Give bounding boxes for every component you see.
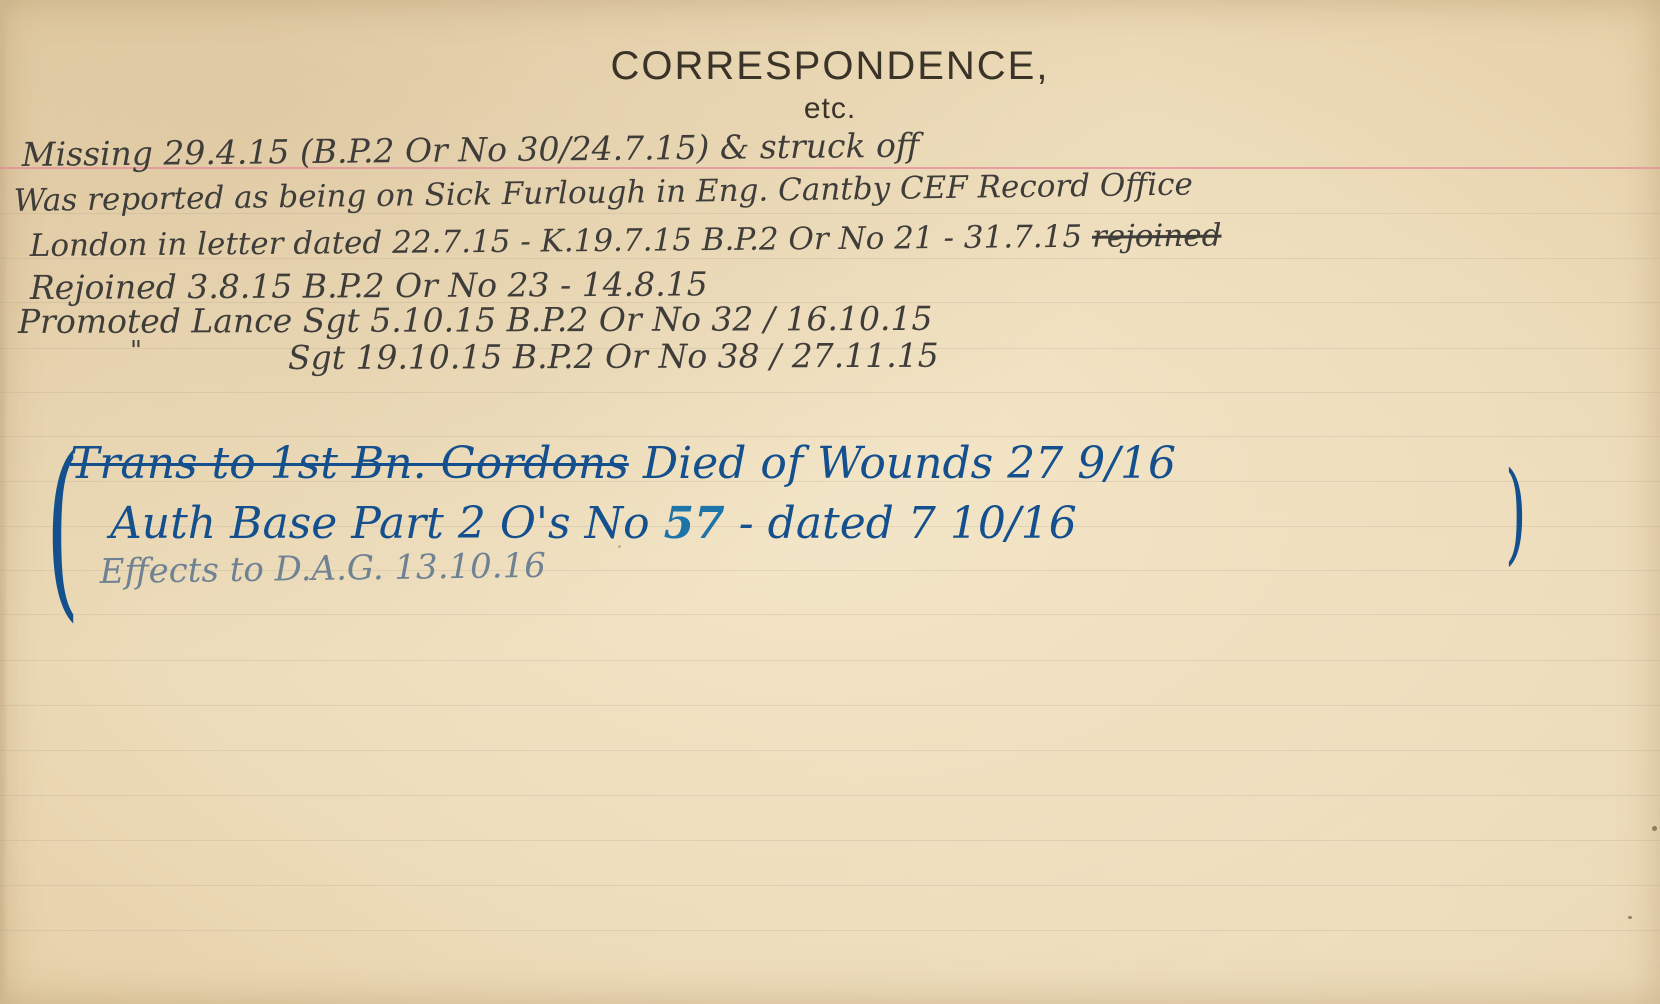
authority-text: Auth Base Part 2 O's No [110,498,650,549]
paper-speck [1652,826,1657,831]
entry-sick-furlough: Was reported as being on Sick Furlough i… [13,167,1193,219]
card-title: CORRESPONDENCE, [0,44,1660,89]
ruled-line [0,705,1660,706]
effects-to-dag: Effects to D.A.G. 13.10.16 [99,546,546,592]
ruled-line [0,930,1660,931]
dated-text: - dated 7 10/16 [739,498,1077,549]
ruled-line [0,840,1660,841]
ruled-line [0,392,1660,393]
died-of-wounds: Died of Wounds 27 9/16 [643,438,1176,489]
struck-transfer-text: Trans to 1st Bn. Gordons [70,438,629,489]
entry-promoted-sgt: Sgt 19.10.15 B.P.2 Or No 38 / 27.11.15 [288,336,939,377]
entry-promoted-lance-sgt: Promoted Lance Sgt 5.10.15 B.P.2 Or No 3… [18,299,933,341]
ruled-line [0,660,1660,661]
service-record-card: CORRESPONDENCE, etc. Missing 29.4.15 (B.… [0,0,1660,1004]
order-number: 57 [664,498,725,549]
ink-line-1: Trans to 1st Bn. Gordons Died of Wounds … [70,438,1176,489]
ruled-line [0,885,1660,886]
paper-speck [1628,916,1632,919]
ruled-line [0,750,1660,751]
ditto-mark: " [130,336,142,366]
ink-line-2: Auth Base Part 2 O's No 57 - dated 7 10/… [110,498,1077,549]
paper-speck [618,545,621,548]
ruled-line [0,795,1660,796]
struck-rejoined: rejoined [1092,218,1222,255]
ruled-line [0,436,1660,437]
card-subtitle: etc. [0,92,1660,126]
ruled-line [0,614,1660,615]
close-bracket: ) [1505,448,1526,576]
card-edge [0,0,8,1004]
